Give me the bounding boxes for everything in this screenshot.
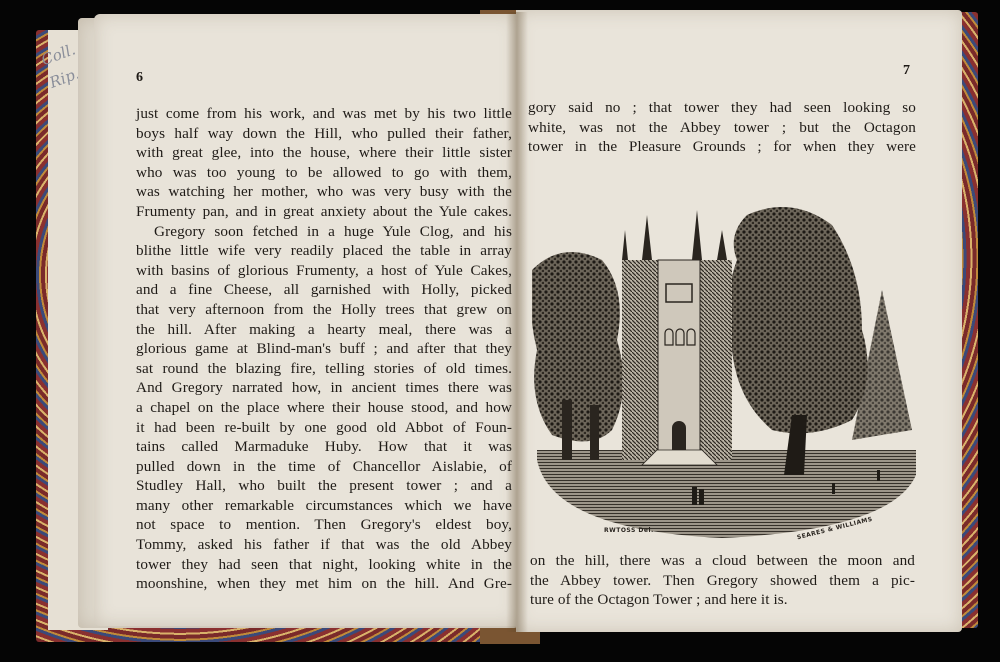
text-line: blithe little wife very readily placed t… [136, 241, 512, 261]
text-line: Studley Hall, who built the present towe… [136, 476, 512, 496]
text-line: who was too young to be allowed to go wi… [136, 163, 512, 183]
text-line: boys half way down the Hill, who pulled … [136, 124, 512, 144]
page-number-right: 7 [903, 63, 910, 79]
text-line: the hill. After making a hearty meal, th… [136, 320, 512, 340]
text-line: many other remarkable circumstances whic… [136, 496, 512, 516]
text-line: just come from his work, and was met by … [136, 104, 512, 124]
text-line: ture of the Octagon Tower ; and here it … [530, 590, 915, 610]
text-line: on the hill, there was a cloud between t… [530, 551, 915, 571]
illustration-credit-artist: RWTOSS Del. [604, 527, 654, 534]
text-line: pulled down in the time of Chancellor Ai… [136, 457, 512, 477]
text-line: sat round the blazing fire, telling stor… [136, 359, 512, 379]
text-line: not space to mention. Then Gregory's eld… [136, 515, 512, 535]
octagon-tower-engraving [532, 200, 918, 540]
text-line: tower they had seen that night, looking … [136, 555, 512, 575]
text-line: tains called Marmaduke Huby. How that it… [136, 437, 512, 457]
text-line: was watching her mother, who was very bu… [136, 182, 512, 202]
left-page-text: just come from his work, and was met by … [136, 104, 512, 594]
text-line: it had been re-built by one good old Abb… [136, 418, 512, 438]
text-line: with basins of glorious Frumenty, a host… [136, 261, 512, 281]
text-line: glorious game at Blind-man's buff ; and … [136, 339, 512, 359]
text-line: Gregory soon fetched in a huge Yule Clog… [136, 222, 512, 242]
text-line: Tommy, asked his father if that was the … [136, 535, 512, 555]
right-page-top-text: gory said no ; that tower they had seen … [528, 98, 916, 157]
text-line: with great glee, into the house, where t… [136, 143, 512, 163]
page-number-left: 6 [136, 70, 143, 86]
text-line: and a fine Cheese, all garnished with Ho… [136, 280, 512, 300]
text-line: And Gregory narrated how, in ancient tim… [136, 378, 512, 398]
text-line: the Abbey tower. Then Gregory showed the… [530, 571, 915, 591]
text-line: white, was not the Abbey tower ; but the… [528, 118, 916, 138]
right-page-bottom-text: on the hill, there was a cloud between t… [530, 551, 915, 610]
text-line: gory said no ; that tower they had seen … [528, 98, 916, 118]
text-line: that very afternoon from the Holly trees… [136, 300, 512, 320]
text-line: moonshine, when they met him on the hill… [136, 574, 512, 594]
text-line: Frumenty pan, and in great anxiety about… [136, 202, 512, 222]
text-line: a chapel on the place where their house … [136, 398, 512, 418]
text-line: tower in the Pleasure Grounds ; for when… [528, 137, 916, 157]
